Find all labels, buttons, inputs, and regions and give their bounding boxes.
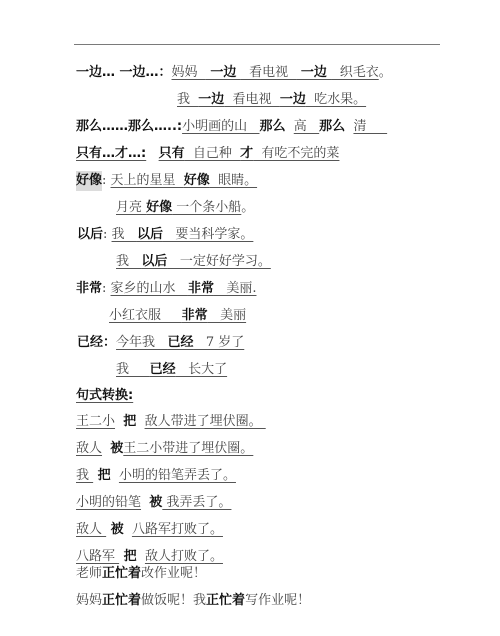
sentence-text: 小明的铅笔 bbox=[76, 493, 141, 513]
sentence-text: 清 bbox=[353, 117, 387, 137]
text-line: 只有…才…: 只有 自己种 才 有吃不完的菜 bbox=[76, 144, 339, 164]
sentence-text bbox=[286, 117, 294, 137]
sentence-text: 我 bbox=[116, 252, 141, 272]
sentence-text: : bbox=[102, 171, 111, 191]
sentence-text bbox=[345, 117, 353, 137]
sentence-text bbox=[141, 493, 149, 513]
text-line: 小红衣服 非常 美丽 bbox=[109, 306, 246, 326]
keyword-text: 句式转换: bbox=[76, 386, 133, 406]
keyword-text: 正忙着 bbox=[102, 564, 141, 584]
sentence-text: 做饭呢！我 bbox=[141, 591, 206, 611]
keyword-text: 以后 bbox=[141, 252, 167, 272]
sentence-text: 我 bbox=[112, 225, 137, 245]
text-line: 那么……那么…..:小明画的山 那么 高 那么 清 bbox=[76, 117, 387, 137]
sentence-text: 改作业呢！ bbox=[141, 564, 206, 584]
text-line: 好像: 天上的星星 好像 眼睛。 bbox=[76, 171, 257, 191]
sentence-text: 写作业呢！ bbox=[245, 591, 310, 611]
keyword-text: 把 bbox=[93, 466, 111, 486]
text-line: 以后: 我 以后 要当科学家。 bbox=[77, 225, 253, 245]
keyword-text: 才 bbox=[240, 144, 253, 164]
keyword-text: 非常 bbox=[182, 306, 208, 326]
keyword-text: 那么……那么…..: bbox=[76, 117, 182, 137]
sentence-text: 敌人 bbox=[76, 520, 106, 540]
keyword-text: 被 bbox=[106, 520, 124, 540]
sentence-text: 妈妈 bbox=[76, 591, 102, 611]
sentence-text: 美丽 bbox=[208, 306, 246, 326]
text-line: 已经：今年我 已经 7 岁了 bbox=[77, 333, 244, 353]
text-line: 非常: 家乡的山水 非常 美丽. bbox=[76, 279, 256, 299]
keyword-text: 正忙着 bbox=[206, 591, 245, 611]
text-line: 我 以后 一定好好学习。 bbox=[116, 252, 271, 272]
sentence-text: 八路军打败了。 bbox=[132, 520, 223, 540]
sentence-text: 小明的铅笔弄丢了。 bbox=[119, 466, 236, 486]
sentence-text: : bbox=[102, 279, 111, 299]
keyword-text: 好像 bbox=[76, 171, 102, 191]
text-line: 我 一边 看电视 一边 吃水果。 bbox=[177, 90, 366, 110]
keyword-text: 那么 bbox=[259, 117, 285, 137]
sentence-text bbox=[111, 466, 119, 486]
sentence-text: 眼睛。 bbox=[210, 171, 257, 191]
keyword-text: 只有 bbox=[159, 144, 185, 164]
sentence-text: 敌人带进了埋伏圈。 bbox=[145, 412, 266, 432]
sentence-text: 有吃不完的菜 bbox=[253, 144, 339, 164]
sentence-text: 月亮 bbox=[116, 198, 146, 218]
keyword-text: 正忙着 bbox=[102, 591, 141, 611]
sentence-text: 王二小 bbox=[76, 412, 115, 432]
text-line: 妈妈正忙着做饭呢！我正忙着写作业呢！ bbox=[76, 591, 310, 611]
keyword-text: 一边 bbox=[296, 63, 331, 83]
sentence-text: 我 bbox=[76, 466, 93, 486]
keyword-text: 非常 bbox=[188, 279, 214, 299]
keyword-text: 把 bbox=[123, 412, 136, 432]
text-line: 我 把 小明的铅笔弄丢了。 bbox=[76, 466, 236, 486]
keyword-text: 已经 bbox=[167, 333, 193, 353]
sentence-text: 老师 bbox=[76, 564, 102, 584]
sentence-text: 吃水果。 bbox=[306, 90, 366, 110]
text-line: 小明的铅笔 被 我弄丢了。 bbox=[76, 493, 231, 513]
keyword-text: 一边 bbox=[280, 90, 306, 110]
keyword-text: 被 bbox=[110, 439, 123, 459]
keyword-text: 那么 bbox=[319, 117, 345, 137]
keyword-text: 被 bbox=[149, 493, 162, 513]
keyword-text: 好像 bbox=[146, 198, 172, 218]
sentence-text: 长大了 bbox=[176, 360, 227, 380]
text-line: 句式转换: bbox=[76, 386, 133, 406]
text-line: 老师正忙着改作业呢！ bbox=[76, 564, 206, 584]
text-line: 我 已经 长大了 bbox=[116, 360, 227, 380]
keyword-text: 以后 bbox=[137, 225, 163, 245]
sentence-text: 织毛衣 bbox=[331, 63, 378, 83]
sentence-text: 王二小带进了埋伏圈。 bbox=[123, 439, 253, 459]
keyword-text: 非常 bbox=[76, 279, 102, 299]
sentence-text: 一个条小船 bbox=[172, 198, 241, 218]
sentence-text: : bbox=[103, 225, 112, 245]
sentence-text: 家乡的山水 bbox=[111, 279, 188, 299]
keyword-text: 好像 bbox=[184, 171, 210, 191]
sentence-text: 我 bbox=[116, 360, 150, 380]
sentence-text bbox=[146, 144, 158, 164]
text-line: 敌人 被 八路军打败了。 bbox=[76, 520, 223, 540]
top-horizontal-rule bbox=[74, 44, 440, 45]
sentence-text: 妈妈 bbox=[172, 63, 206, 83]
text-line: 一边… 一边…：妈妈 一边 看电视 一边 织毛衣。 bbox=[76, 63, 392, 83]
sentence-text: 我 bbox=[177, 90, 198, 110]
sentence-text: 天上的星星 bbox=[111, 171, 184, 191]
keyword-text: ： bbox=[103, 333, 116, 353]
sentence-text: 今年我 bbox=[116, 333, 167, 353]
sentence-text: 敌人 bbox=[76, 439, 102, 459]
text-line: 月亮 好像 一个条小船。 bbox=[116, 198, 254, 218]
sentence-text: 7 岁了 bbox=[193, 333, 244, 353]
keyword-text: 一边 bbox=[198, 90, 224, 110]
sentence-text: 一定好好学习。 bbox=[167, 252, 270, 272]
sentence-text: 小明画的山 bbox=[182, 117, 259, 137]
sentence-text: 。 bbox=[241, 198, 254, 218]
sentence-text bbox=[102, 439, 110, 459]
sentence-text: 小红衣服 bbox=[109, 306, 182, 326]
sentence-text bbox=[136, 412, 144, 432]
sentence-text: 。 bbox=[379, 63, 392, 83]
sentence-text: 高 bbox=[294, 117, 319, 137]
sentence-text bbox=[115, 412, 123, 432]
sentence-text: 要当科学家。 bbox=[163, 225, 253, 245]
text-line: 王二小 把 敌人带进了埋伏圈。 bbox=[76, 412, 266, 432]
keyword-text: 以后 bbox=[77, 225, 103, 245]
keyword-text: 只有…才…: bbox=[76, 144, 146, 164]
sentence-text: 看电视 bbox=[224, 90, 280, 110]
keyword-text: 已经 bbox=[150, 360, 176, 380]
sentence-text: 看电视 bbox=[241, 63, 297, 83]
sentence-text bbox=[124, 520, 132, 540]
keyword-text: 一边… 一边…： bbox=[76, 63, 172, 83]
keyword-text: 一边 bbox=[206, 63, 241, 83]
sentence-text: 美丽. bbox=[214, 279, 257, 299]
keyword-text: 已经 bbox=[77, 333, 103, 353]
sentence-text: 我弄丢了。 bbox=[162, 493, 231, 513]
sentence-text: 自己种 bbox=[185, 144, 241, 164]
text-line: 敌人 被王二小带进了埋伏圈。 bbox=[76, 439, 253, 459]
